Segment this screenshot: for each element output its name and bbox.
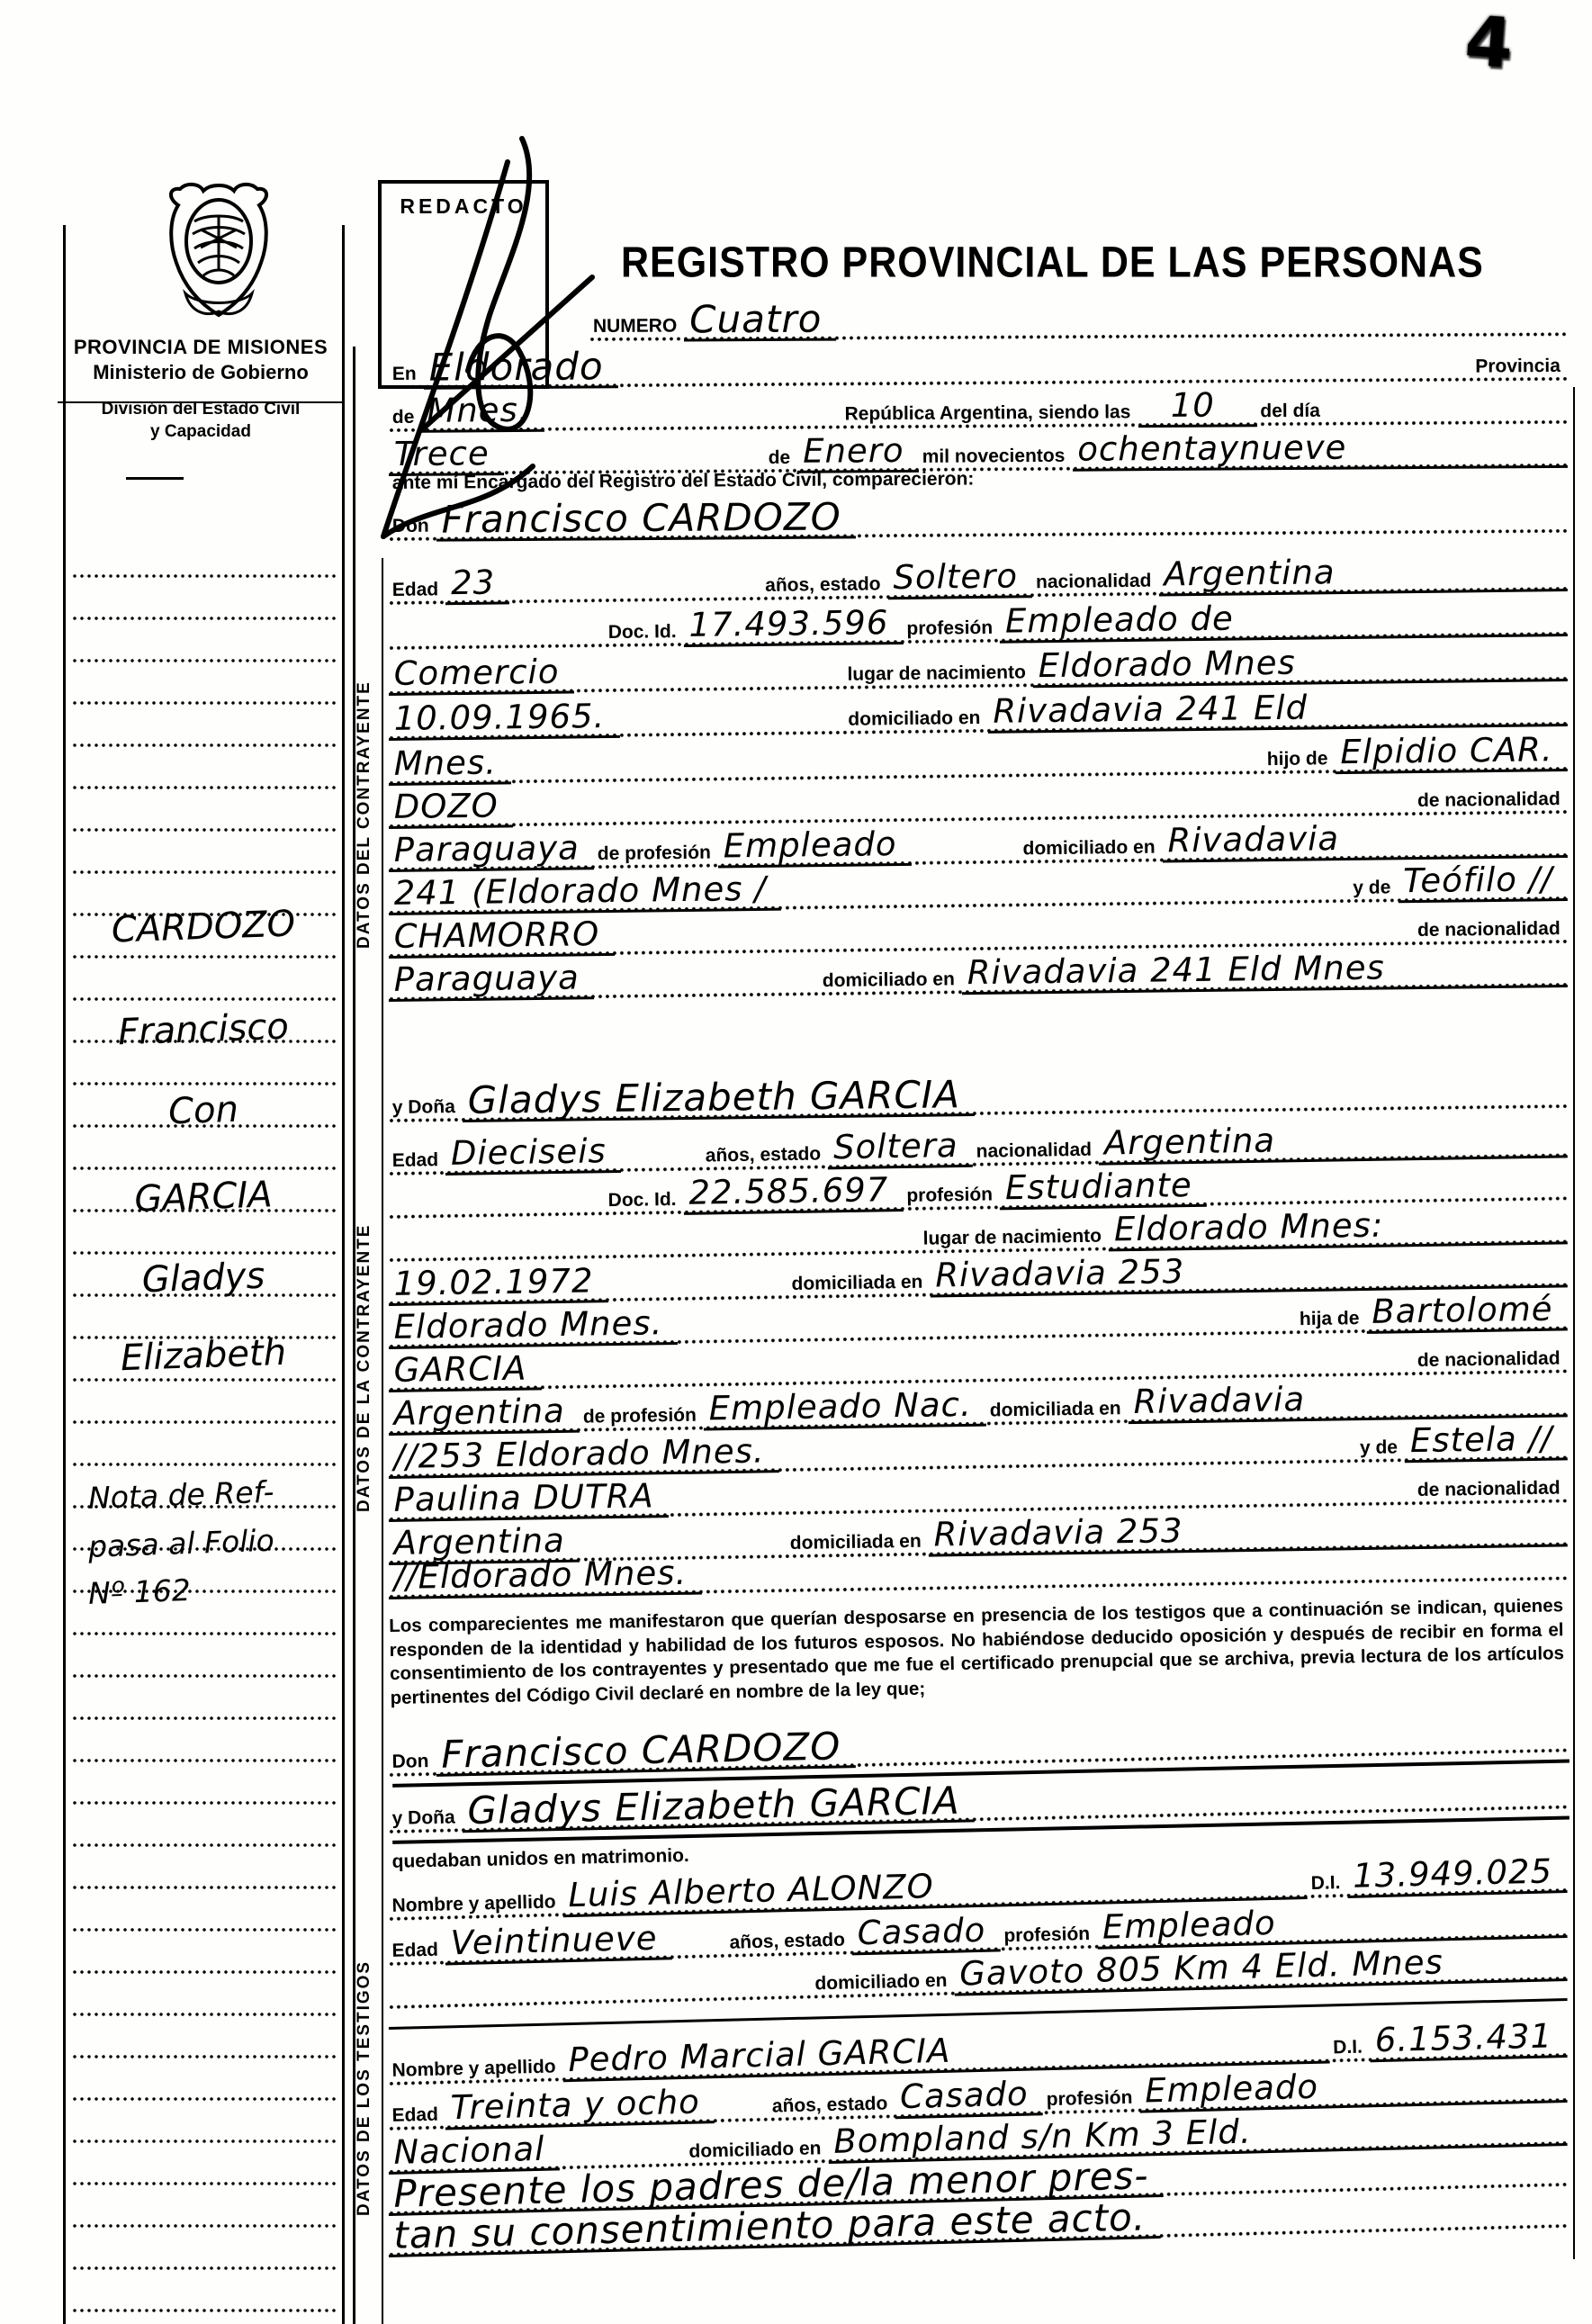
- section-band-border: [382, 558, 383, 2324]
- handwritten-entry: DOZO: [388, 787, 513, 829]
- form-label: D.I.: [1329, 2035, 1370, 2063]
- handwritten-entry: Casado: [895, 2075, 1044, 2119]
- handwritten-entry: 13.949.025: [1347, 1852, 1568, 1898]
- rule-filler: [594, 996, 819, 999]
- form-label: Doc. Id.: [604, 1188, 683, 1216]
- section-label-groom: DATOS DEL CONTRAYENTE: [349, 603, 380, 1026]
- form-label: y Doña: [388, 1806, 463, 1834]
- form-label: Nombre y apellido: [388, 2055, 563, 2086]
- form-label: de nacionalidad: [1414, 788, 1568, 816]
- form-label: nacionalidad: [1032, 570, 1159, 599]
- handwritten-entry: Empleado Nac.: [703, 1386, 986, 1431]
- scanned-marriage-certificate: 4 PROVINCIA DE MISIONES Ministerio de Go…: [0, 0, 1592, 2324]
- form-label: y Doña: [389, 1095, 463, 1123]
- form-label: y de: [1356, 1436, 1405, 1464]
- line-numero: NUMERO Cuatro: [589, 292, 1568, 342]
- handwritten-entry: Rivadavia 241 Eld Mnes: [961, 947, 1567, 995]
- form-label: profesión: [903, 1183, 1000, 1212]
- handwritten-entry: //Eldorado Mnes.: [388, 1554, 701, 1599]
- handwritten-entry: Argentina: [1158, 551, 1568, 597]
- handwritten-entry: Empleado de: [1000, 596, 1568, 644]
- rule-filler: [856, 534, 1568, 539]
- form-label: Don: [389, 515, 436, 542]
- page-number: 4: [1462, 0, 1516, 83]
- handwritten-entry: Casado: [851, 1911, 1001, 1955]
- handwritten-entry: 241 (Eldorado Mnes /: [388, 870, 781, 915]
- handwritten-entry: Argentina: [388, 1392, 580, 1436]
- form-label: y de: [1349, 876, 1398, 904]
- margin-ruled-lines: [72, 536, 337, 2319]
- rule-filler: [389, 2000, 812, 2010]
- handwritten-entry: Paraguaya: [388, 959, 594, 1002]
- form-label: Don: [388, 1750, 436, 1778]
- form-label: Provincia: [1471, 355, 1568, 383]
- issuing-authority-block: PROVINCIA DE MISIONES Ministerio de Gobi…: [58, 335, 344, 443]
- line-declaration-groom: Don Francisco CARDOZO: [388, 1708, 1568, 1778]
- handwritten-entry: Bartolomé: [1366, 1290, 1568, 1333]
- capacidad-dash: [126, 477, 184, 480]
- handwritten-entry: Eldorado: [424, 347, 618, 390]
- handwritten-entry: 22.585.697: [683, 1171, 904, 1215]
- handwritten-entry: Estudiante: [1000, 1167, 1207, 1211]
- form-label: hijo de: [1264, 747, 1336, 775]
- handwritten-entry: 10: [1138, 386, 1256, 428]
- form-label: Edad: [389, 578, 446, 606]
- form-label: años, estado: [761, 572, 888, 601]
- handwritten-entry: Eldorado Mnes.: [388, 1304, 677, 1349]
- province-name: PROVINCIA DE MISIONES: [58, 335, 344, 360]
- rule-filler: [975, 1810, 1568, 1823]
- form-label: de profesión: [594, 842, 718, 870]
- handwritten-entry: Cuatro: [684, 301, 836, 342]
- legal-paragraph: Los comparecientes me manifestaron que q…: [389, 1594, 1565, 1710]
- line-bride-name: y Doña Gladys Elizabeth GARCIA: [388, 1064, 1568, 1123]
- form-right-border: [1573, 387, 1575, 2259]
- form-label: D.I.: [1307, 1871, 1347, 1899]
- margin-right-border: [342, 225, 345, 2324]
- form-label: del día: [1256, 400, 1327, 428]
- handwritten-entry: Paulina DUTRA: [388, 1477, 669, 1522]
- handwritten-entry: Gladys Elizabeth GARCIA: [462, 1781, 975, 1833]
- handwritten-entry: Gladys Elizabeth GARCIA: [462, 1076, 975, 1122]
- ministry-name: Ministerio de Gobierno: [58, 360, 344, 385]
- handwritten-entry: GARCIA: [388, 1349, 541, 1392]
- rule-filler: [702, 1581, 1568, 1594]
- section-label-witnesses: DATOS DE LOS TESTIGOS: [349, 1899, 380, 2277]
- handwritten-entry: CHAMORRO: [388, 915, 614, 959]
- form-label: profesión: [903, 617, 1000, 644]
- form-label: Nombre y apellido: [388, 1890, 563, 1922]
- handwritten-entry: 10.09.1965.: [388, 698, 619, 741]
- handwritten-entry: Paraguaya: [388, 829, 594, 872]
- handwritten-entry: 17.493.596: [683, 604, 903, 647]
- form-label: NUMERO: [589, 314, 684, 342]
- rule-filler: [856, 1753, 1568, 1769]
- form-label: lugar de nacimiento: [843, 661, 1033, 690]
- handwritten-entry: Dieciseis: [445, 1132, 621, 1176]
- form-label: de: [389, 406, 422, 433]
- handwritten-entry: 6.153.431: [1369, 2017, 1567, 2062]
- handwritten-entry: Francisco CARDOZO: [436, 498, 856, 541]
- form-label: domiciliado en: [819, 968, 962, 996]
- handwritten-entry: Comercio: [388, 653, 573, 696]
- handwritten-entry: Rivadavia 241 Eld: [987, 686, 1568, 734]
- division-name-2: y Capacidad: [58, 420, 344, 443]
- form-label: domiciliado en: [844, 707, 987, 735]
- form-label: domiciliado en: [1019, 835, 1162, 864]
- handwritten-entry: Teófilo //: [1398, 860, 1568, 903]
- document-title: REGISTRO PROVINCIAL DE LAS PERSONAS: [621, 239, 1395, 287]
- coat-of-arms-icon: [160, 180, 277, 329]
- handwritten-entry: Elpidio CAR.: [1335, 731, 1568, 774]
- form-label: Edad: [388, 2103, 445, 2131]
- handwritten-entry: Soltero: [887, 557, 1032, 599]
- handwritten-entry: 23: [445, 563, 510, 605]
- form-label: Doc. Id.: [605, 620, 684, 648]
- empty-rule: [389, 1031, 1568, 1069]
- form-label: Edad: [388, 1938, 445, 1967]
- handwritten-entry: Empleado: [718, 825, 912, 869]
- handwritten-entry: Estela //: [1405, 1419, 1568, 1463]
- form-label: de nacionalidad: [1414, 917, 1568, 946]
- handwritten-entry: Mnes.: [421, 392, 544, 433]
- form-label: Edad: [389, 1148, 446, 1176]
- margin-left-border: [63, 225, 66, 2324]
- form-label: En: [389, 363, 424, 390]
- handwritten-entry: Gavoto 805 Km 4 Eld. Mnes: [954, 1941, 1568, 1996]
- form-label: domiciliado en: [811, 1969, 955, 2000]
- rule-filler: [1161, 2229, 1568, 2238]
- line-groom-name: Don Francisco CARDOZO: [389, 489, 1568, 542]
- form-label: hija de: [1296, 1307, 1367, 1335]
- handwritten-entry: Mnes.: [388, 743, 511, 786]
- header-divider: [58, 401, 342, 403]
- handwritten-entry: Eldorado Mnes: [1033, 641, 1568, 688]
- handwritten-entry: Francisco CARDOZO: [436, 1727, 856, 1777]
- section-label-bride: DATOS DE LA CONTRAYENTE: [349, 1161, 380, 1575]
- handwritten-entry: 19.02.1972: [388, 1262, 608, 1306]
- handwritten-entry: Soltera: [828, 1127, 973, 1170]
